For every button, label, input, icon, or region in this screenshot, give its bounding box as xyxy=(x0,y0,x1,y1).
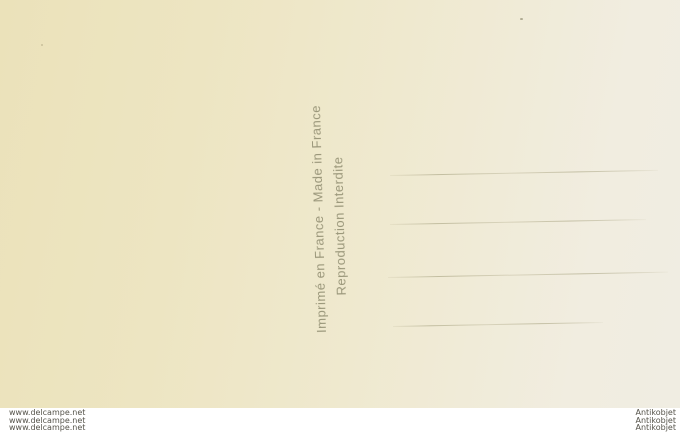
stamp-imprime-en-france: Imprimé en France - Made in France xyxy=(307,84,330,354)
watermark-line: www.delcampe.net xyxy=(9,424,85,432)
stamp-reproduction-interdite: Reproduction Interdite xyxy=(330,141,350,311)
address-line xyxy=(393,322,603,327)
paper-speck xyxy=(520,18,523,20)
postcard-listing-image: Imprimé en France - Made in France Repro… xyxy=(0,0,680,433)
address-line xyxy=(388,272,668,278)
antikobjet-watermark: Antikobjet Antikobjet Antikobjet xyxy=(635,409,676,432)
address-line xyxy=(390,170,658,176)
delcampe-watermark: www.delcampe.net www.delcampe.net www.de… xyxy=(9,409,85,432)
paper-speck xyxy=(41,44,43,46)
watermark-strip xyxy=(0,408,680,433)
watermark-line: Antikobjet xyxy=(635,424,676,432)
postcard-scan: Imprimé en France - Made in France Repro… xyxy=(0,0,680,408)
address-line xyxy=(390,219,646,225)
